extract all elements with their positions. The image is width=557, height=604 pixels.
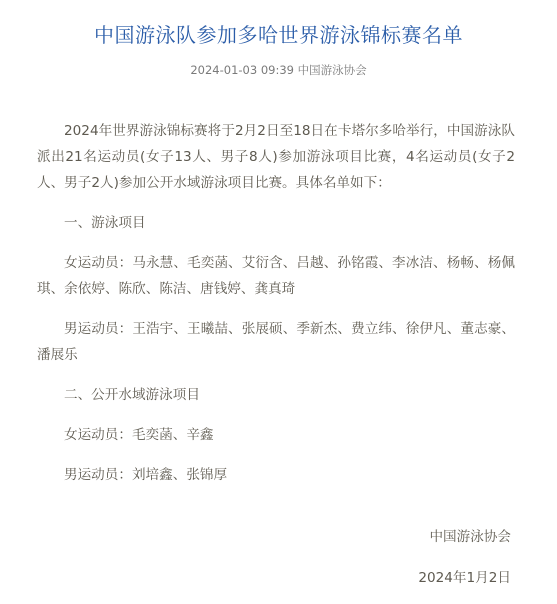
men-athletes: 男运动员：王浩宇、王曦喆、张展硕、季新杰、费立纬、徐伊凡、董志豪、潘展乐 <box>37 316 515 368</box>
article-meta: 2024-01-03 09:39 中国游泳协会 <box>0 61 557 79</box>
men-athletes: 男运动员：刘培鑫、张锦厚 <box>37 462 515 488</box>
signature-date: 2024年1月2日 <box>418 565 511 591</box>
article-body: 2024年世界游泳锦标赛将于2月2日至18日在卡塔尔多哈举行，中国游泳队派出21… <box>37 118 515 488</box>
article-page: 中国游泳队参加多哈世界游泳锦标赛名单 2024-01-03 09:39 中国游泳… <box>0 0 557 604</box>
signature: 中国游泳协会 <box>429 524 511 550</box>
section-heading: 二、公开水域游泳项目 <box>37 382 515 408</box>
women-athletes: 女运动员：马永慧、毛奕菡、艾衍含、吕越、孙铭霞、李冰洁、杨畅、杨佩琪、余依婷、陈… <box>37 250 515 302</box>
intro-paragraph: 2024年世界游泳锦标赛将于2月2日至18日在卡塔尔多哈举行，中国游泳队派出21… <box>37 118 515 196</box>
women-athletes: 女运动员：毛奕菡、辛鑫 <box>37 422 515 448</box>
section-heading: 一、游泳项目 <box>37 210 515 236</box>
article-title: 中国游泳队参加多哈世界游泳锦标赛名单 <box>0 20 557 50</box>
